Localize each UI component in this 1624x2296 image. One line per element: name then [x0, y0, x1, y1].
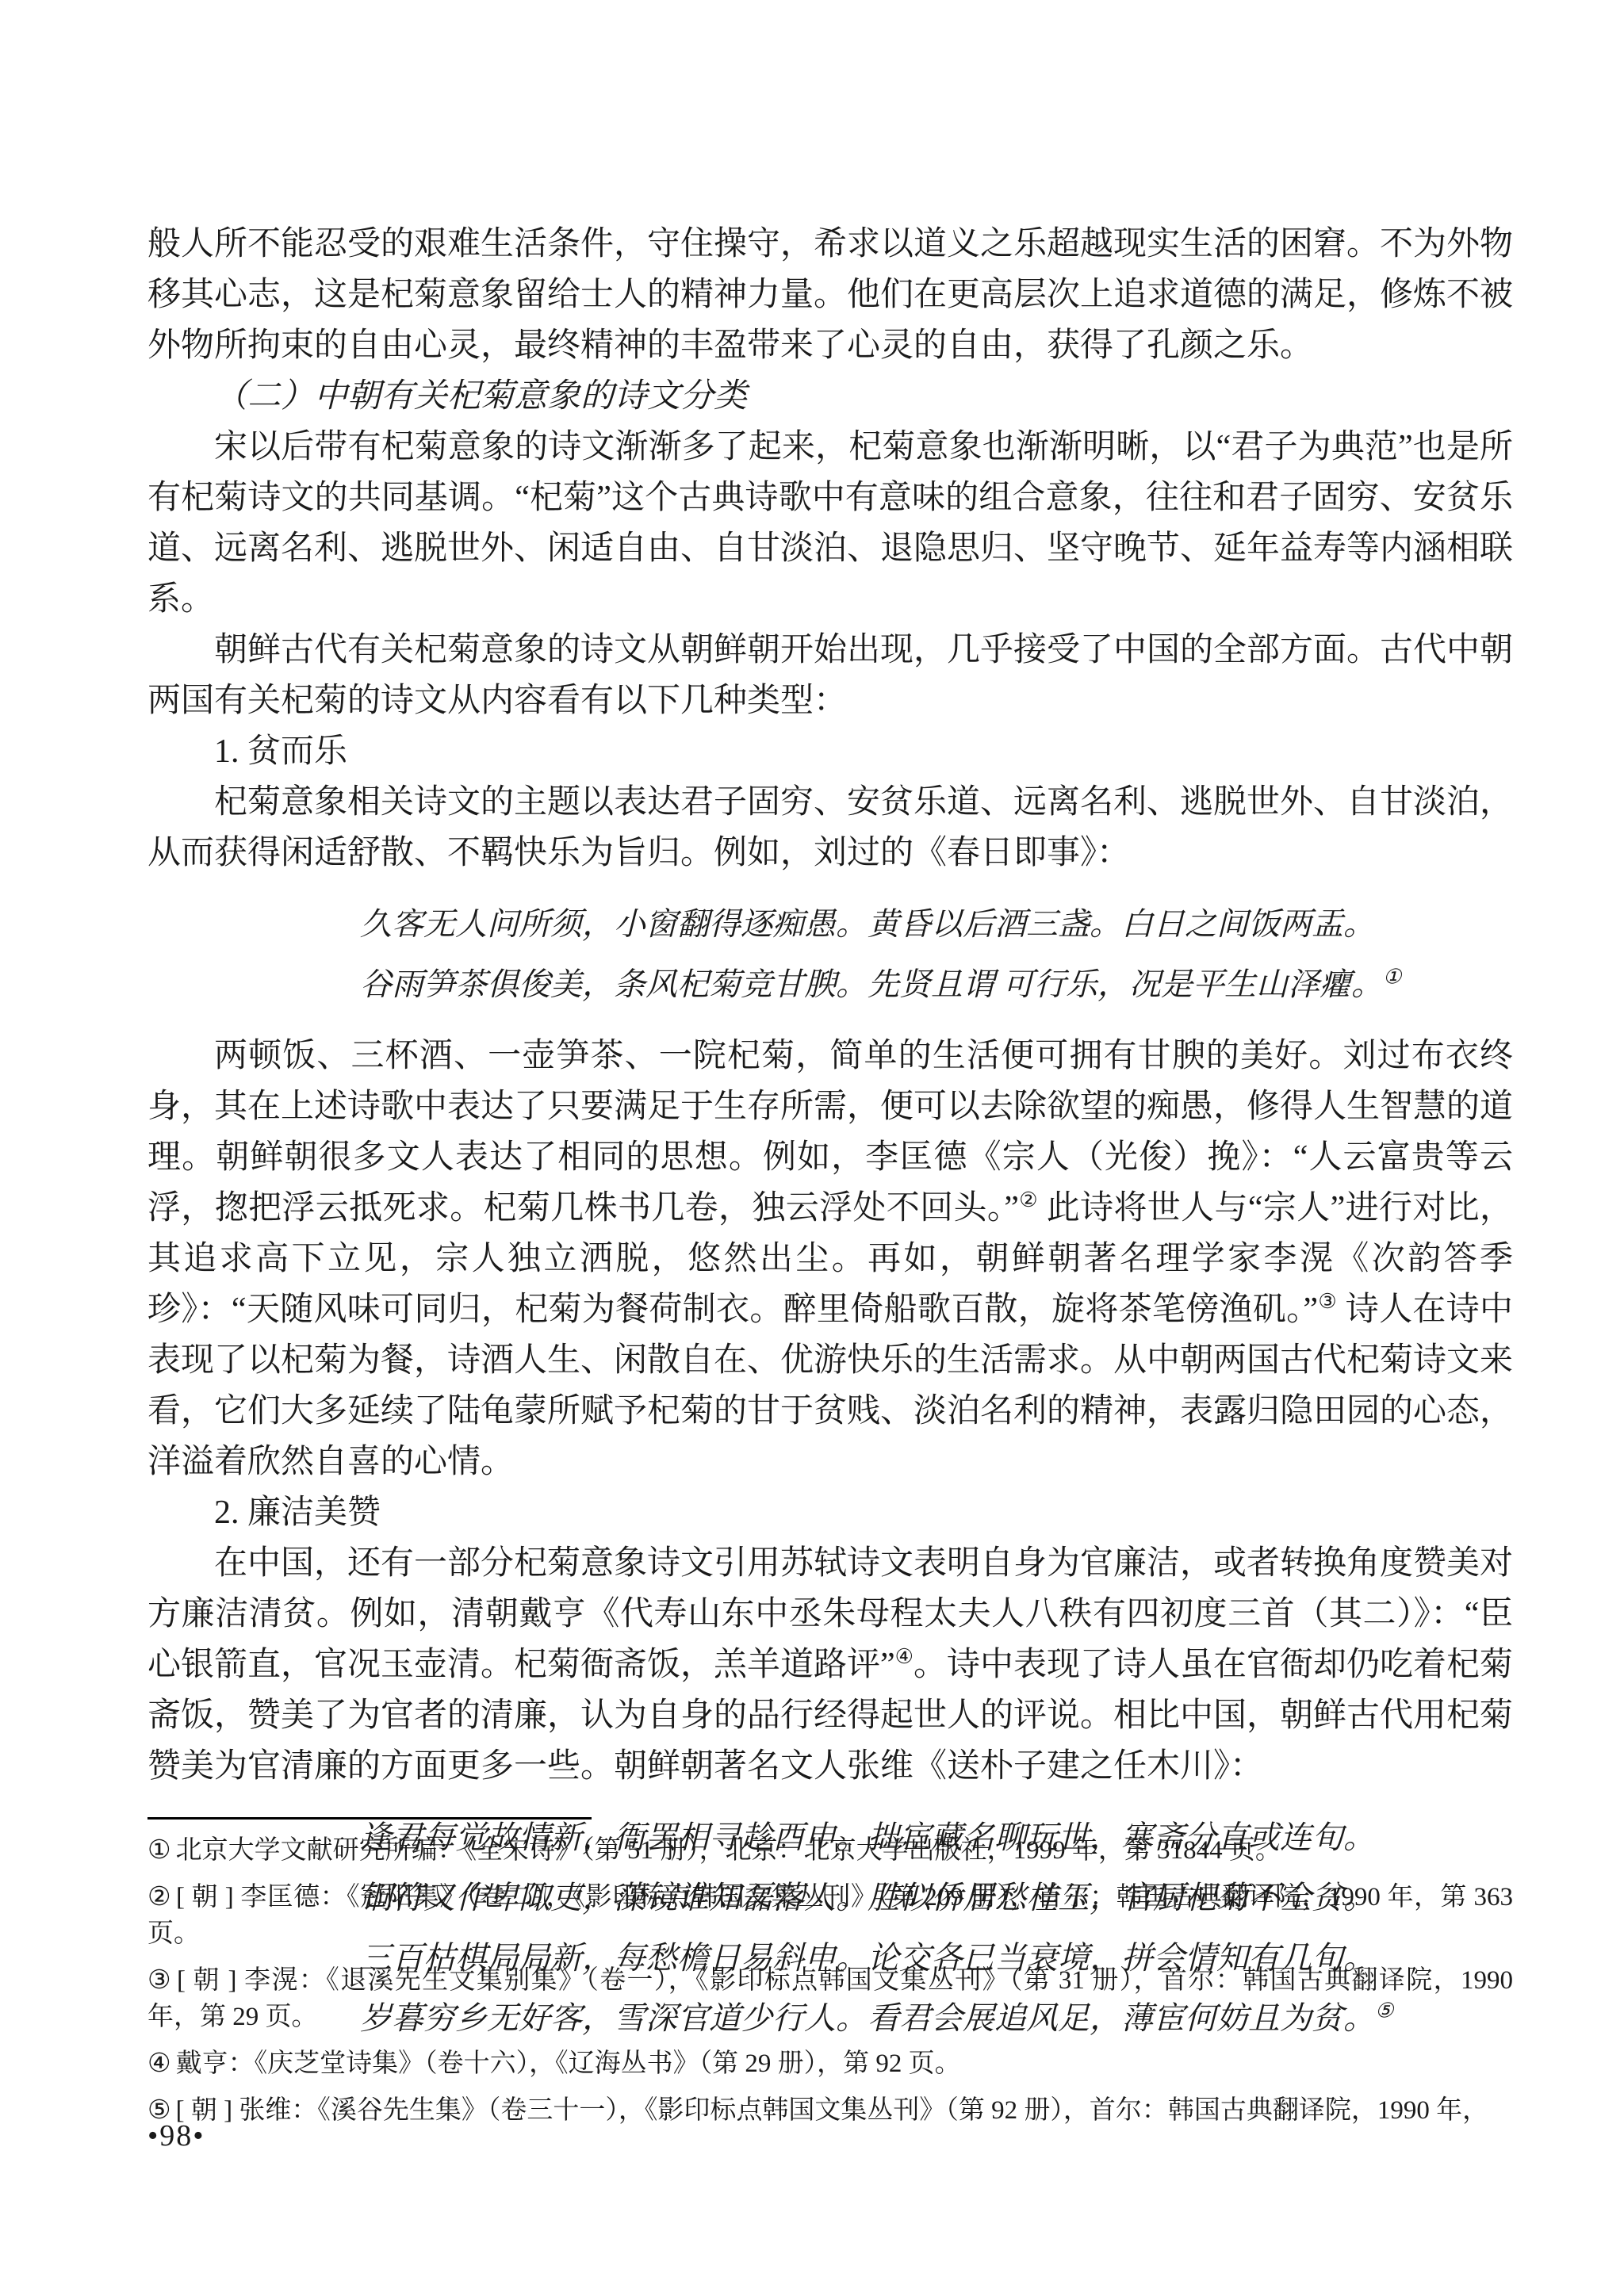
footnote-ref-2: ② — [1019, 1188, 1038, 1211]
footnote-marker: ① — [147, 1836, 176, 1865]
main-text-column: 般人所不能忍受的艰难生活条件，守住操守，希求以道义之乐超越现实生活的困窘。不为外… — [147, 219, 1513, 2064]
page-number: •98• — [147, 2118, 205, 2153]
footnote-4: ④戴亨：《庆芝堂诗集》（卷十六），《辽海丛书》（第 29 册），第 92 页。 — [147, 2045, 1513, 2082]
poem-line-text: 久客无人问所须，小窗翻得逐痴愚。黄昏以后酒三盏。白日之间饭两盂。 — [360, 906, 1375, 942]
footnote-3: ③[ 朝 ] 李滉：《退溪先生文集别集》（卷一），《影印标点韩国文集丛刊》（第 … — [147, 1962, 1513, 2035]
paragraph: 在中国，还有一部分杞菊意象诗文引用苏轼诗文表明自身为官廉洁，或者转换角度赞美对方… — [147, 1538, 1513, 1792]
footnote-text: 北京大学文献研究所编：《全宋诗》（第 51 册），北京：北京大学出版社，1999… — [176, 1836, 1281, 1865]
footnote-1: ①北京大学文献研究所编：《全宋诗》（第 51 册），北京：北京大学出版社，199… — [147, 1832, 1513, 1869]
poem-line: 久客无人问所须，小窗翻得逐痴愚。黄昏以后酒三盏。白日之间饭两盂。 — [360, 894, 1513, 955]
footnote-text: [ 朝 ] 李匡德：《冠阳集》（卷二），《影印标点韩国文集丛刊》（第 209 册… — [147, 1883, 1513, 1948]
footnote-2: ②[ 朝 ] 李匡德：《冠阳集》（卷二），《影印标点韩国文集丛刊》（第 209 … — [147, 1879, 1513, 1952]
section-heading: （二）中朝有关杞菊意象的诗文分类 — [147, 371, 1513, 422]
footnote-ref-3: ③ — [1318, 1290, 1337, 1313]
footnote-text: [ 朝 ] 张维：《溪谷先生集》（卷三十一），《影印标点韩国文集丛刊》（第 92… — [176, 2096, 1488, 2125]
footnotes-block: ①北京大学文献研究所编：《全宋诗》（第 51 册），北京：北京大学出版社，199… — [147, 1817, 1513, 2139]
document-page: 般人所不能忍受的艰难生活条件，守住操守，希求以道义之乐超越现实生活的困窘。不为外… — [0, 0, 1624, 2296]
subsection-heading-2: 2. 廉洁美赞 — [147, 1487, 1513, 1538]
footnote-marker: ④ — [147, 2049, 176, 2078]
footnote-separator — [147, 1817, 592, 1820]
footnote-5: ⑤[ 朝 ] 张维：《溪谷先生集》（卷三十一），《影印标点韩国文集丛刊》（第 9… — [147, 2092, 1513, 2129]
poem-line: 谷雨笋茶俱俊美，条风杞菊竞甘腴。先贤且谓 可行乐，况是平生山泽癯。① — [360, 955, 1513, 1015]
subsection-heading-1: 1. 贫而乐 — [147, 726, 1513, 777]
footnote-marker: ③ — [147, 1966, 177, 1995]
paragraph-continuation: 般人所不能忍受的艰难生活条件，守住操守，希求以道义之乐超越现实生活的困窘。不为外… — [147, 219, 1513, 371]
paragraph: 两顿饭、三杯酒、一壶笋茶、一院杞菊，简单的生活便可拥有甘腴的美好。刘过布衣终身，… — [147, 1031, 1513, 1487]
footnote-marker: ② — [147, 1883, 176, 1911]
footnote-ref-1: ① — [1383, 966, 1401, 989]
poem-quote-1: 久客无人问所须，小窗翻得逐痴愚。黄昏以后酒三盏。白日之间饭两盂。 谷雨笋茶俱俊美… — [360, 894, 1513, 1015]
poem-line-text: 谷雨笋茶俱俊美，条风杞菊竞甘腴。先贤且谓 可行乐，况是平生山泽癯。 — [360, 966, 1383, 1002]
paragraph: 杞菊意象相关诗文的主题以表达君子固穷、安贫乐道、远离名利、逃脱世外、自甘淡泊，从… — [147, 777, 1513, 878]
paragraph: 宋以后带有杞菊意象的诗文渐渐多了起来，杞菊意象也渐渐明晰，以“君子为典范”也是所… — [147, 422, 1513, 625]
footnote-text: [ 朝 ] 李滉：《退溪先生文集别集》（卷一），《影印标点韩国文集丛刊》（第 3… — [147, 1966, 1513, 2031]
paragraph: 朝鲜古代有关杞菊意象的诗文从朝鲜朝开始出现，几乎接受了中国的全部方面。古代中朝两… — [147, 625, 1513, 726]
footnote-ref-4: ④ — [895, 1645, 913, 1668]
footnote-text: 戴亨：《庆芝堂诗集》（卷十六），《辽海丛书》（第 29 册），第 92 页。 — [176, 2049, 961, 2078]
